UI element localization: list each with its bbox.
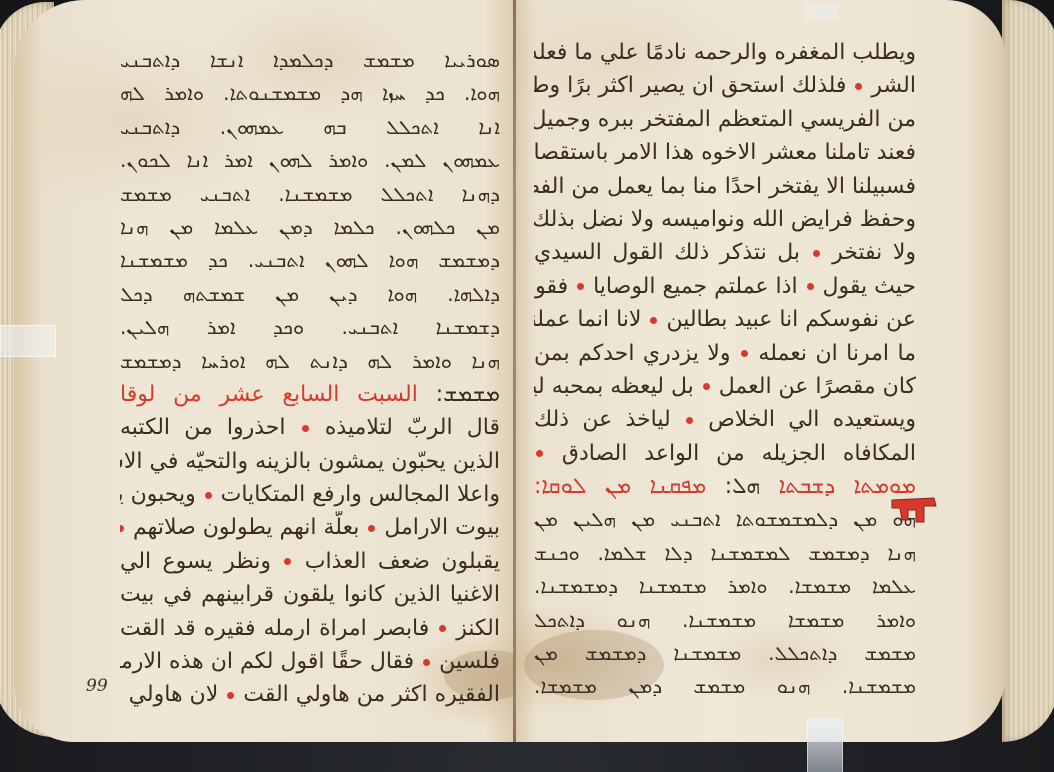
- line-segment: فسبيلنا الا يفتخر احدًا منا بما يعمل من …: [534, 174, 916, 199]
- text-line: ܡܘܡܬܐ ܕܫܒܬܐ ܗܠ: ܡܦܩܢܐ ܡܢ ܠܘܩܐ:: [534, 470, 916, 503]
- line-segment: ܗܘܐ. ܟܕ ܚܙܐ ܗܕ ܡܫܡܫܢܘܬܐ. ܘܐܡܪ ܠܗ: [120, 81, 500, 105]
- red-verse-dot: [855, 83, 862, 90]
- text-line: الفقيره اكثر من هاولي القت لان هاولي من: [120, 678, 500, 711]
- text-line: ܗܢܐ ܕܡܫܡܫ ܠܡܫܡܫܢܐ ܕܠܐ ܫܠܡܐ. ܘܟܢܫ: [534, 537, 916, 570]
- text-line: ܕܐܠܗܐ. ܗܘܐ ܕܝܢ ܡܢ ܫܡܫܬܗ ܕܟܠ: [120, 278, 500, 311]
- text-line: قال الربّ لتلاميذه احذروا من الكتبه: [120, 411, 500, 444]
- line-segment: بل نتذكر ذلك القول السيدي: [534, 240, 811, 265]
- red-verse-dot: [302, 425, 309, 432]
- text-line: ܡܫܡܫܢܐ. ܗܢܘ ܡܫܡܫ ܕܡܢ ܡܫܡܫܐ.: [534, 670, 916, 703]
- red-verse-dot: [650, 317, 657, 324]
- text-line: ܥܡܗܘܢ ܠܡܢ. ܘܐܡܪ ܠܗܘܢ ܐܡܪ ܐܢܐ ܠܟܘܢ.: [120, 144, 500, 177]
- line-segment: اذا عملتم جميع الوصايا: [586, 274, 804, 299]
- line-segment: الاغنيا الذين كانوا يلقون قرابينهم في بي…: [120, 582, 500, 607]
- line-segment: الكنز: [448, 616, 500, 641]
- line-segment: فابصر امراة ارمله فقيره قد القت: [120, 616, 437, 641]
- ink-text: ܡܫܡܫ:: [418, 382, 500, 407]
- line-segment: ܕܫܡܫܢܐ ܐܬܒܢܝ. ܘܟܕ ܐܡܪ ܗܠܝܢ.: [120, 315, 500, 339]
- line-segment: ܥܠܡܐ ܡܫܡܫܐ. ܘܐܡܪ ܡܫܡܫܢܐ ܕܡܫܡܫܢܐ.: [534, 574, 916, 598]
- text-line: الشر فلذلك استحق ان يصير اكثر برًا وطهر: [534, 69, 916, 102]
- line-segment: ܡܫܡܫ ܕܐܬܟܠܠ. ܡܫܡܫܢܐ ܕܡܫܡܫ ܡܢ: [534, 641, 916, 665]
- line-segment: حيث يقول: [816, 274, 916, 299]
- red-verse-dot: [423, 659, 430, 666]
- line-segment: ܕܐܠܗܐ. ܗܘܐ ܕܝܢ ܡܢ ܫܡܫܬܗ ܕܟܠ: [120, 282, 500, 306]
- line-segment: ܥܡܗܘܢ ܠܡܢ. ܘܐܡܪ ܠܗܘܢ ܐܡܪ ܐܢܐ ܠܟܘܢ.: [120, 148, 500, 172]
- line-segment: فقولوا: [534, 274, 575, 299]
- text-line: فعند تاملنا معشر الاخوه هذا الامر باستقص…: [534, 136, 916, 169]
- line-segment: ܗܢܐ ܕܡܫܡܫ ܠܡܫܡܫܢܐ ܕܠܐ ܫܠܡܐ. ܘܟܢܫ: [534, 541, 916, 565]
- text-line: ܣܘܪܝܝܐ ܡܫܡܫ ܕܟܠܡܕܐ ܐܢܫܐ ܕܐܬܒܢܝ: [120, 44, 500, 77]
- line-segment: احذروا من الكتبه: [120, 415, 300, 440]
- text-line: ܕܫܡܫܢܐ ܐܬܒܢܝ. ܘܟܕ ܐܡܪ ܗܠܝܢ.: [120, 311, 500, 344]
- line-segment: بعلّة انهم يطولون صلاتهم: [126, 515, 366, 540]
- line-segment: عن نفوسكم انا عبيد بطالين: [659, 307, 916, 332]
- text-line: ܥܠܡܐ ܡܫܡܫܐ. ܘܐܡܪ ܡܫܡܫܢܐ ܕܡܫܡܫܢܐ.: [534, 570, 916, 603]
- red-verse-dot: [577, 283, 584, 290]
- line-segment: ܡܫܡܫܢܐ. ܗܢܘ ܡܫܡܫ ܕܡܢ ܡܫܡܫܐ.: [534, 674, 916, 698]
- text-line: ويستعيده الي الخلاص لياخذ عن ذلك: [534, 403, 916, 436]
- text-line: المكافاه الجزيله من الواعد الصادق: [534, 437, 916, 470]
- text-line: فسبيلنا الا يفتخر احدًا منا بما يعمل من …: [534, 170, 916, 203]
- red-verse-dot: [368, 525, 375, 532]
- line-segment: ويطلب المغفره والرحمه نادمًا علي ما فعله…: [534, 40, 916, 65]
- manuscript-photo: ܣܘܪܝܝܐ ܡܫܡܫ ܕܟܠܡܕܐ ܐܢܫܐ ܕܐܬܒܢܝܗܘܐ. ܟܕ ܚܙ…: [0, 0, 1054, 772]
- text-line: ܗܢܐ ܘܐܡܪ ܠܗ ܕܐܢܬ ܠܗ ܐܘܪܚܐ ܕܡܫܡܫ: [120, 345, 500, 378]
- line-segment: لانا انما عملنا: [534, 307, 648, 332]
- right-page-text: ويطلب المغفره والرحمه نادمًا علي ما فعله…: [534, 36, 916, 704]
- line-segment: المكافاه الجزيله من الواعد الصادق: [545, 441, 916, 466]
- line-segment: ولا يزدري احدكم بمن: [534, 341, 739, 366]
- book-gutter: [513, 0, 516, 742]
- line-segment: ما امرنا ان نعمله: [750, 341, 916, 366]
- line-segment: ܡܢ ܟܠܗܘܢ. ܟܠܡܐ ܕܡܢ ܥܠܡܐ ܡܢ ܗܢܐ: [120, 215, 500, 239]
- line-segment: ونظر يسوع الي: [120, 549, 282, 574]
- text-line: ܡܢ ܟܠܗܘܢ. ܟܠܡܐ ܕܡܢ ܥܠܡܐ ܡܢ ܗܢܐ: [120, 211, 500, 244]
- red-verse-dot: [686, 417, 693, 424]
- line-segment: فلذلك استحق ان يصير اكثر برًا وطهر: [534, 73, 853, 98]
- red-verse-dot: [741, 350, 748, 357]
- display-clip-bottom: [807, 718, 843, 772]
- text-line: الكنز فابصر امراة ارمله فقيره قد القت: [120, 612, 500, 645]
- red-verse-dot: [703, 383, 710, 390]
- red-verse-dot: [807, 283, 814, 290]
- red-verse-dot: [284, 558, 291, 565]
- left-page-text: ܣܘܪܝܝܐ ܡܫܡܫ ܕܟܠܡܕܐ ܐܢܫܐ ܕܐܬܒܢܝܗܘܐ. ܟܕ ܚܙ…: [120, 44, 500, 712]
- text-line: ܕܗܢܐ ܐܬܟܠܠ ܡܫܡܫܢܐ. ܐܬܒܢܝ ܡܫܡܫ: [120, 178, 500, 211]
- line-segment: ولا نفتخر: [822, 240, 916, 265]
- line-segment: ويحبون ياكلون: [120, 482, 203, 507]
- line-segment: فقال حقًا اقول لكم ان هذه الارمله: [120, 649, 421, 674]
- red-verse-dot: [227, 692, 234, 699]
- line-segment: بيوت الارامل: [377, 515, 500, 540]
- text-line: ܗܘܐ. ܟܕ ܚܙܐ ܗܕ ܡܫܡܫܢܘܬܐ. ܘܐܡܪ ܠܗ: [120, 77, 500, 110]
- rubric-text: ܡܦܩܢܐ ܡܢ ܠܘܩܐ:: [534, 474, 706, 499]
- text-line: يقبلون ضعف العذاب ونظر يسوع الي: [120, 545, 500, 578]
- section-mark-icon: [890, 496, 938, 526]
- red-verse-dot: [120, 525, 124, 532]
- line-segment: فلسين: [432, 649, 500, 674]
- right-fore-edge: [1002, 0, 1054, 742]
- line-segment: ܕܗܢܐ ܐܬܟܠܠ ܡܫܡܫܢܐ. ܐܬܒܢܝ ܡܫܡܫ: [120, 182, 500, 206]
- text-line: كان مقصرًا عن العمل بل ليعظه بمحبه ليرده: [534, 370, 916, 403]
- line-segment: لياخذ عن ذلك: [534, 407, 684, 432]
- text-line: الاغنيا الذين كانوا يلقون قرابينهم في بي…: [120, 578, 500, 611]
- line-segment: قال الربّ لتلاميذه: [311, 415, 500, 440]
- folio-number: 99: [86, 676, 108, 696]
- line-segment: فعند تاملنا معشر الاخوه هذا الامر باستقص…: [534, 140, 916, 165]
- text-line: ܗܘ ܡܢ ܕܠܡܫܡܫܘܬܐ ܐܬܒܢܝ ܡܢ ܗܠܝܢ ܡܢ: [534, 503, 916, 536]
- text-line: ويطلب المغفره والرحمه نادمًا علي ما فعله…: [534, 36, 916, 69]
- line-segment: من الفريسي المتعظم المفتخر ببره وجميل فع…: [534, 107, 916, 132]
- text-line: عن نفوسكم انا عبيد بطالين لانا انما عملن…: [534, 303, 916, 336]
- line-segment: لان هاولي من: [120, 682, 225, 707]
- text-line: ܘܐܡܪ ܡܫܡܫܐ ܡܫܡܫܢܐ. ܗܢܘ ܕܐܬܟܠ: [534, 604, 916, 637]
- line-segment: ܐܢܐ ܐܬܟܠܠ ܒܗ ܥܡܗܘܢ. ܕܐܬܒܢܝ: [120, 115, 500, 139]
- red-verse-dot: [536, 450, 543, 457]
- page-tab-marker: [0, 325, 56, 357]
- text-line: بيوت الارامل بعلّة انهم يطولون صلاتهم وه…: [120, 511, 500, 544]
- red-verse-dot: [439, 625, 446, 632]
- ink-text: ܗܠ:: [706, 474, 778, 499]
- text-line: ولا نفتخر بل نتذكر ذلك القول السيدي: [534, 236, 916, 269]
- display-clip-top: [805, 4, 837, 20]
- line-segment: بل ليعظه بمحبه ليرده: [534, 374, 701, 399]
- line-segment: ويستعيده الي الخلاص: [695, 407, 916, 432]
- text-line: واعلا المجالس وارفع المتكايات ويحبون ياك…: [120, 478, 500, 511]
- text-line: ما امرنا ان نعمله ولا يزدري احدكم بمن: [534, 337, 916, 370]
- text-line: حيث يقول اذا عملتم جميع الوصايا فقولوا: [534, 270, 916, 303]
- text-line: الذين يحبّون يمشون بالزينه والتحيّه في ا…: [120, 445, 500, 478]
- text-line: ܡܫܡܫ ܕܐܬܟܠܠ. ܡܫܡܫܢܐ ܕܡܫܡܫ ܡܢ: [534, 637, 916, 670]
- line-segment: كان مقصرًا عن العمل: [712, 374, 916, 399]
- text-line: فلسين فقال حقًا اقول لكم ان هذه الارمله: [120, 645, 500, 678]
- rubric-text: السبت السابع عشر من لوقا: [120, 382, 418, 407]
- line-segment: الشر: [864, 73, 916, 98]
- red-verse-dot: [813, 250, 820, 257]
- line-segment: وحفظ فرايض الله ونواميسه ولا نضل بذلك: [534, 207, 916, 232]
- line-segment: الفقيره اكثر من هاولي القت: [236, 682, 500, 707]
- text-line: وحفظ فرايض الله ونواميسه ولا نضل بذلك: [534, 203, 916, 236]
- text-line: ܡܫܡܫ: السبت السابع عشر من لوقا: [120, 378, 500, 411]
- line-segment: الذين يحبّون يمشون بالزينه والتحيّه في ا…: [120, 449, 500, 474]
- line-segment: ܘܐܡܪ ܡܫܡܫܐ ܡܫܡܫܢܐ. ܗܢܘ ܕܐܬܟܠ: [534, 608, 916, 632]
- text-line: من الفريسي المتعظم المفتخر ببره وجميل فع…: [534, 103, 916, 136]
- line-segment: ܗܢܐ ܘܐܡܪ ܠܗ ܕܐܢܬ ܠܗ ܐܘܪܚܐ ܕܡܫܡܫ: [120, 349, 500, 373]
- line-segment: ܣܘܪܝܝܐ ܡܫܡܫ ܕܟܠܡܕܐ ܐܢܫܐ ܕܐܬܒܢܝ: [120, 48, 500, 72]
- line-segment: واعلا المجالس وارفع المتكايات: [214, 482, 500, 507]
- line-segment: يقبلون ضعف العذاب: [293, 549, 500, 574]
- line-segment: ܗܘ ܡܢ ܕܠܡܫܡܫܘܬܐ ܐܬܒܢܝ ܡܢ ܗܠܝܢ ܡܢ: [534, 507, 916, 531]
- line-segment: ܕܡܫܡܫ ܗܘܐ ܠܗܘܢ ܐܬܒܢܝ. ܟܕ ܡܫܡܫܢܐ: [120, 248, 500, 272]
- red-verse-dot: [205, 492, 212, 499]
- text-line: ܕܡܫܡܫ ܗܘܐ ܠܗܘܢ ܐܬܒܢܝ. ܟܕ ܡܫܡܫܢܐ: [120, 244, 500, 277]
- text-line: ܐܢܐ ܐܬܟܠܠ ܒܗ ܥܡܗܘܢ. ܕܐܬܒܢܝ: [120, 111, 500, 144]
